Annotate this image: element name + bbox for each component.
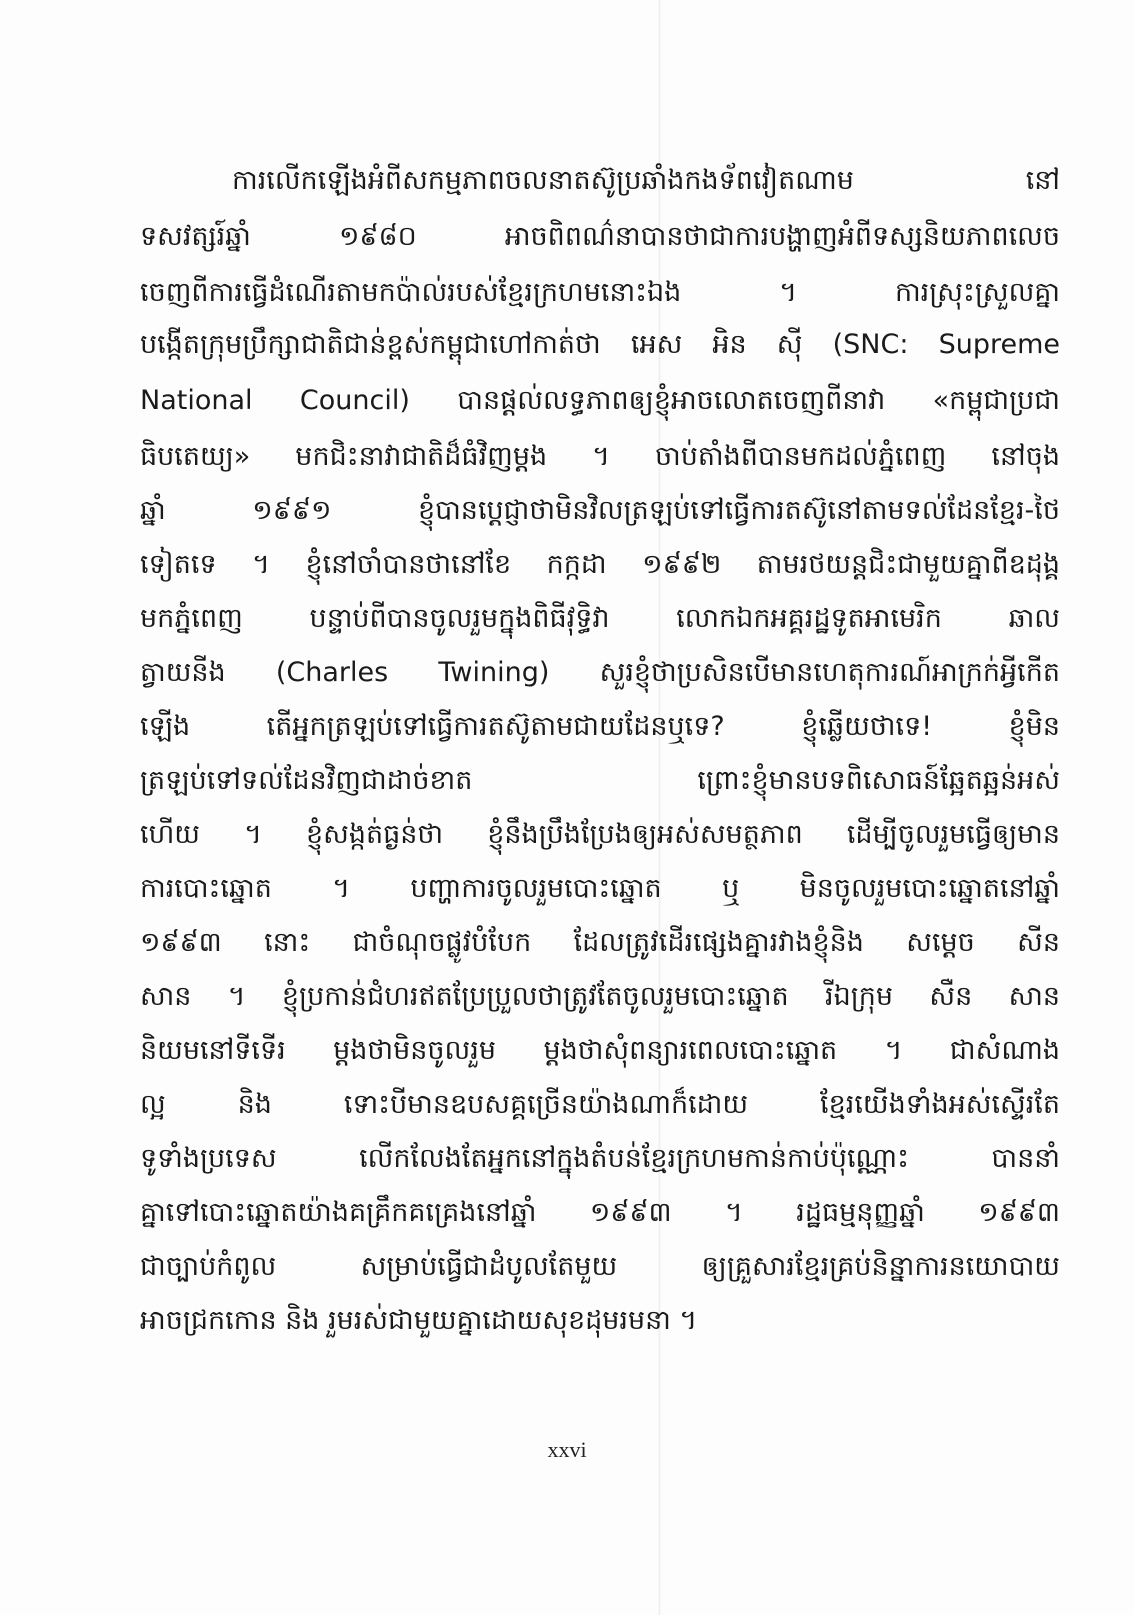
paragraph-line: ចេញពីការធ្វើដំណើរតាមកប៉ាល់របស់ខ្មែរក្រហម… [140,270,1060,316]
paragraph-line: National Council) បានផ្តល់លទ្ធភាពឲ្យខ្ញុ… [140,378,1060,424]
paragraph-line: ល្អ និង ទោះបីមានឧបសគ្គច្រើនយ៉ាងណាក៏ដោយ ខ… [140,1082,1060,1128]
paragraph-line: ត្រឡប់ទៅទល់ដែនវិញជាដាច់ខាត ព្រោះខ្ញុំមាន… [140,758,1060,804]
paragraph-line: ការលើកឡើងអំពីសកម្មភាពចលនាតស៊ូប្រឆាំងកងទ័… [140,158,1060,204]
paragraph-line: ទូទាំងប្រទេស លើកលែងតែអ្នកនៅក្នុងតំបន់ខ្ម… [140,1136,1060,1182]
paragraph-line: ធិបតេយ្យ» មកជិះនាវាជាតិដ៏ធំវិញម្តង ។ ចាប… [140,434,1060,480]
paragraph-line: ការបោះឆ្នោត ។ បញ្ហាការចូលរួមបោះឆ្នោត ឬ ម… [140,866,1060,912]
paragraph-line: ទសវត្សរ៍ឆ្នាំ ១៩៨០ អាចពិពណ៌នាបានថាជាការប… [140,214,1060,260]
paragraph-line: ១៩៩៣ នោះ ជាចំណុចផ្លូវបំបែក ដែលត្រូវដើរផ្… [140,920,1060,966]
paragraph-line: ត្វាយនីង (Charles Twining) សួរខ្ញុំថាប្រ… [140,650,1060,696]
paragraph-line: និយមនៅទីទើរ ម្តងថាមិនចូលរួម ម្តងថាសុំពន្… [140,1028,1060,1074]
document-page: ការលើកឡើងអំពីសកម្មភាពចលនាតស៊ូប្រឆាំងកងទ័… [0,0,1134,1615]
page-number: xxvi [0,1437,1134,1463]
paragraph-line: មកភ្នំពេញ បន្ទាប់ពីបានចូលរួមក្នុងពិធីវុទ… [140,596,1060,642]
paragraph-line: បង្កើតក្រុមប្រឹក្សាជាតិជាន់ខ្ពស់កម្ពុជាហ… [140,322,1060,368]
paragraph-line: ជាច្បាប់កំពូល សម្រាប់ធ្វើជាដំបូលតែមួយ ឲ្… [140,1244,1060,1290]
paragraph-line: គ្នាទៅបោះឆ្នោតយ៉ាងគគ្រឹកគគ្រេងនៅឆ្នាំ ១៩… [140,1190,1060,1236]
paragraph-line: ទៀតទេ ។ ខ្ញុំនៅចាំបានថានៅខែ កក្កដា ១៩៩២ … [140,542,1060,588]
paragraph-line: ហើយ ។ ខ្ញុំសង្កត់ធ្ងន់ថា ខ្ញុំនឹងប្រឹងប្… [140,812,1060,858]
paragraph-line: ឡើង តើអ្នកត្រឡប់ទៅធ្វើការតស៊ូតាមជាយដែនឬទ… [140,704,1060,750]
paragraph-line: សាន ។ ខ្ញុំប្រកាន់ជំហរឥតប្រែប្រួលថាត្រូវ… [140,974,1060,1020]
paragraph-line: អាចជ្រកកោន និង រួមរស់ជាមួយគ្នាដោយសុខដុមរ… [140,1298,1060,1344]
paragraph-line: ឆ្នាំ ១៩៩១ ខ្ញុំបានប្តេជ្ញាថាមិនវិលត្រឡប… [140,488,1060,534]
